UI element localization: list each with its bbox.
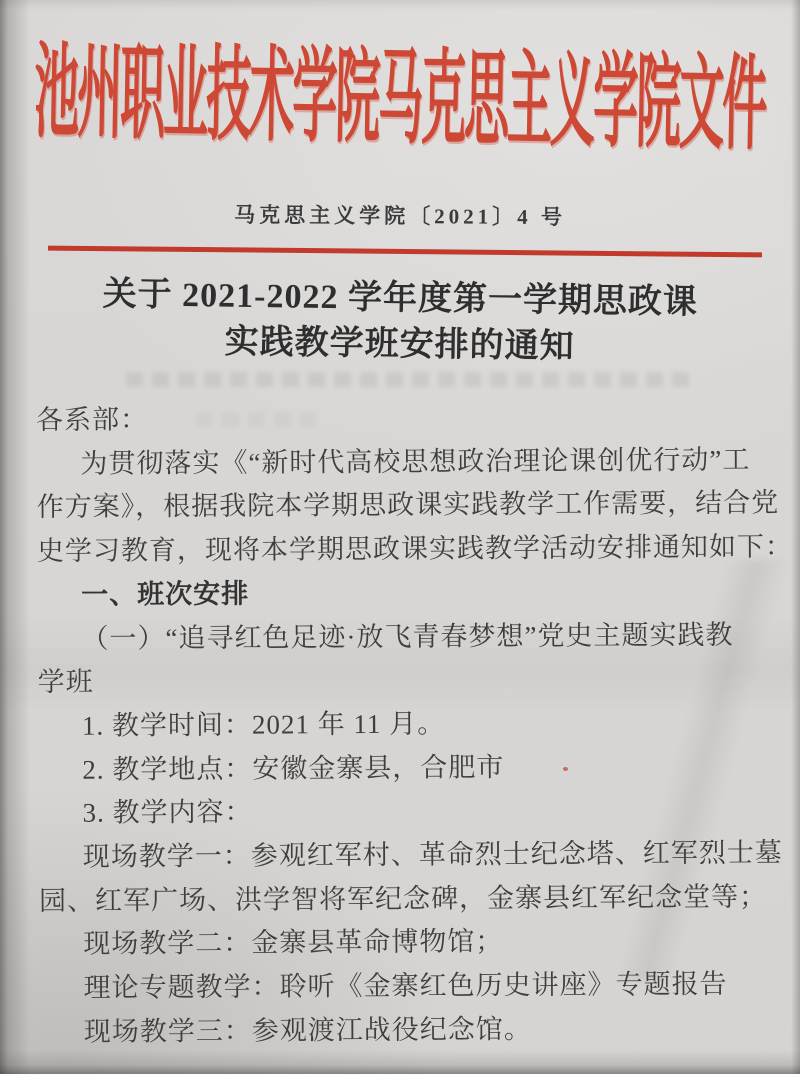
salutation: 各系部： (36, 395, 770, 443)
red-ink-speck (563, 767, 568, 771)
notice-title: 关于 2021-2022 学年度第一学期思政课 实践教学班安排的通知 (0, 270, 800, 373)
detail-time: 1. 教学时间：2021 年 11 月。 (38, 700, 772, 748)
body-line: 史学习教育，现将本学期思政课实践教学活动安排通知如下： (37, 526, 771, 574)
body-line: 园、红军广场、洪学智将军纪念碑，金寨县红军纪念堂等； (39, 875, 773, 923)
notice-body: 各系部： 为贯彻落实《“新时代高校思想政治理论课创优行动”工 作方案》，根据我院… (36, 395, 774, 1055)
section-heading: 一、班次安排 (37, 569, 771, 617)
detail-content: 3. 教学内容： (38, 788, 772, 836)
body-line: 学班 (38, 657, 772, 705)
body-line: 现场教学二：金寨县革命博物馆； (39, 919, 773, 967)
bleed-through-text (126, 372, 692, 387)
doc-number: 马克思主义学院〔2021〕4 号 (0, 197, 800, 233)
letterhead-title: 池州职业技术学院马克思主义学院文件 (0, 7, 800, 170)
body-line: 为贯彻落实《“新时代高校思想政治理论课创优行动”工 (36, 438, 770, 486)
document-photo: 池州职业技术学院马克思主义学院文件 马克思主义学院〔2021〕4 号 关于 20… (0, 0, 800, 1074)
body-line: 现场教学一：参观红军村、革命烈士纪念塔、红军烈士墓 (39, 832, 773, 880)
detail-location: 2. 教学地点：安徽金寨县，合肥市 (38, 744, 772, 792)
body-line: 现场教学三：参观渡江战役纪念馆。 (40, 1006, 774, 1054)
body-line: 理论专题教学：聆听《金寨红色历史讲座》专题报告 (39, 963, 773, 1011)
body-line: 作方案》，根据我院本学期思政课实践教学工作需要，结合党 (37, 482, 771, 530)
body-line: （一）“追寻红色足迹·放飞青春梦想”党史主题实践教 (37, 613, 771, 661)
red-separator-rule (48, 246, 762, 258)
